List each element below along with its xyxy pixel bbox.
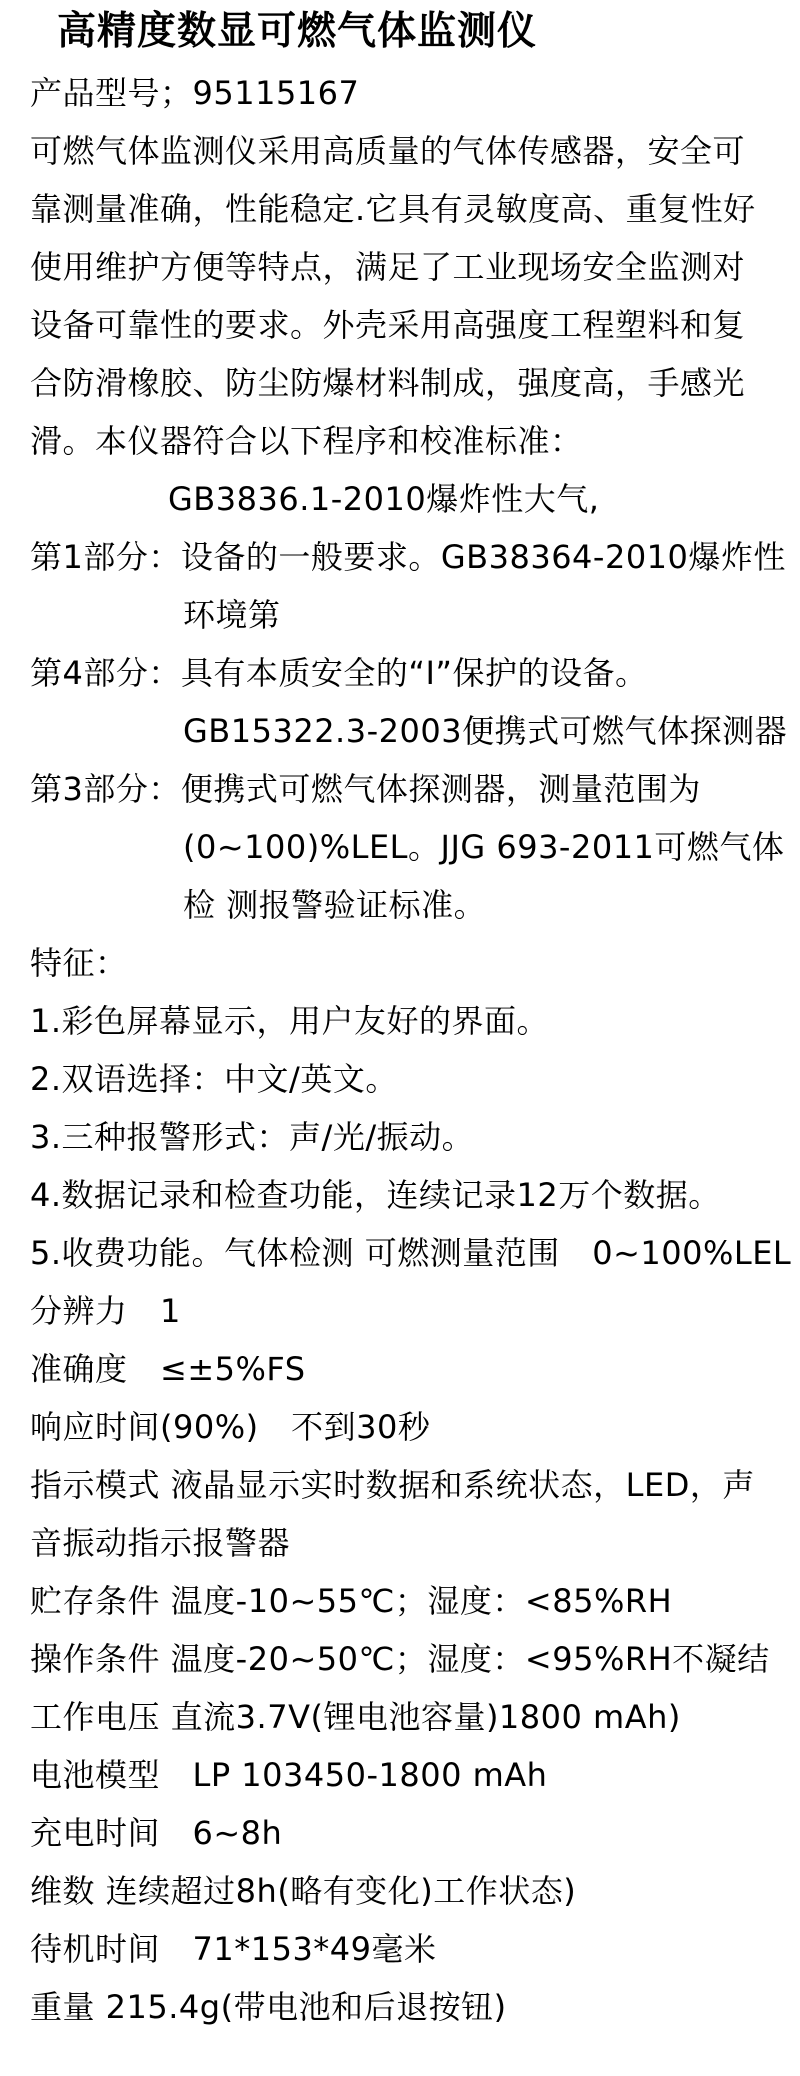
text-line: (0~100)%LEL。JJG 693-2011可燃气体 (30, 818, 780, 876)
text-line: 3.三种报警形式：声/光/振动。 (30, 1108, 780, 1166)
text-line: 维数 连续超过8h(略有变化)工作状态) (30, 1862, 780, 1920)
text-line: 第1部分：设备的一般要求。GB38364-2010爆炸性 (30, 528, 780, 586)
text-line: GB15322.3-2003便携式可燃气体探测器 (30, 702, 780, 760)
text-line: 电池模型 LP 103450-1800 mAh (30, 1746, 780, 1804)
text-line: 产品型号；95115167 (30, 64, 780, 122)
text-line: 1.彩色屏幕显示，用户友好的界面。 (30, 992, 780, 1050)
text-line: 5.收费功能。气体检测 可燃测量范围 0~100%LEL (30, 1224, 780, 1282)
text-line: 准确度 ≤±5%FS (30, 1340, 780, 1398)
product-description-page: 高精度数显可燃气体监测仪 产品型号；95115167可燃气体监测仪采用高质量的气… (0, 0, 800, 2076)
text-line: 使用维护方便等特点，满足了工业现场安全监测对 (30, 238, 780, 296)
text-line: 2.双语选择：中文/英文。 (30, 1050, 780, 1108)
text-line: 响应时间(90%) 不到30秒 (30, 1398, 780, 1456)
text-line: 合防滑橡胶、防尘防爆材料制成，强度高，手感光 (30, 354, 780, 412)
text-line: 检 测报警验证标准。 (30, 876, 780, 934)
text-line: 充电时间 6~8h (30, 1804, 780, 1862)
text-line: 待机时间 71*153*49毫米 (30, 1920, 780, 1978)
text-line: 可燃气体监测仪采用高质量的气体传感器，安全可 (30, 122, 780, 180)
text-line: 设备可靠性的要求。外壳采用高强度工程塑料和复 (30, 296, 780, 354)
text-line: 靠测量准确，性能稳定.它具有灵敏度高、重复性好 (30, 180, 780, 238)
text-line: 第4部分：具有本质安全的“I”保护的设备。 (30, 644, 780, 702)
description-lines: 产品型号；95115167可燃气体监测仪采用高质量的气体传感器，安全可靠测量准确… (30, 64, 780, 2036)
text-line: 指示模式 液晶显示实时数据和系统状态，LED，声 (30, 1456, 780, 1514)
text-line: 重量 215.4g(带电池和后退按钮) (30, 1978, 780, 2036)
text-line: 第3部分：便携式可燃气体探测器，测量范围为 (30, 760, 780, 818)
text-line: 工作电压 直流3.7V(锂电池容量)1800 mAh) (30, 1688, 780, 1746)
text-line: 4.数据记录和检查功能，连续记录12万个数据。 (30, 1166, 780, 1224)
text-line: 环境第 (30, 586, 780, 644)
text-line: 贮存条件 温度-10~55℃；湿度：<85%RH (30, 1572, 780, 1630)
text-line: 音振动指示报警器 (30, 1514, 780, 1572)
page-title: 高精度数显可燃气体监测仪 (30, 0, 780, 64)
text-line: 特征： (30, 934, 780, 992)
text-line: GB3836.1-2010爆炸性大气, (30, 470, 780, 528)
text-line: 滑。本仪器符合以下程序和校准标准： (30, 412, 780, 470)
text-line: 分辨力 1 (30, 1282, 780, 1340)
text-line: 操作条件 温度-20~50℃；湿度：<95%RH不凝结 (30, 1630, 780, 1688)
